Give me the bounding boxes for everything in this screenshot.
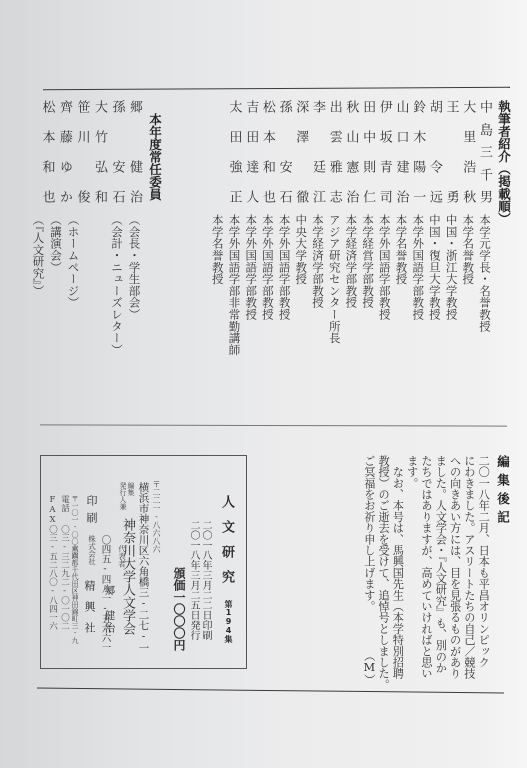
- committee-heading: 本年度常任委員: [148, 113, 161, 201]
- editorial-note-line: にわきました。アスリートたちの自己／競技: [464, 455, 475, 679]
- contributor-affiliation: 本学外国語学部教授: [245, 214, 257, 320]
- contributor-name-char: 安: [278, 160, 291, 173]
- contributor-name-char: 正: [228, 190, 241, 203]
- committee-name-char: 本: [41, 130, 54, 143]
- committee-name-char: 笹: [76, 100, 89, 113]
- contributor-name-char: 雲: [328, 130, 341, 143]
- contributor-name-char: 吉: [244, 100, 257, 113]
- contributor-name-char: 胡: [428, 100, 441, 113]
- contributor-name-char: 仁: [361, 190, 374, 203]
- contributor-name-char: 澤: [294, 130, 307, 143]
- editorial-note-line: への向きあい方には、目を見張るものがあり: [449, 455, 460, 679]
- contributor-name-char: 山: [344, 130, 357, 143]
- committee-name-char: 大: [93, 100, 106, 113]
- committee-role: （ホームページ）: [67, 214, 79, 308]
- committee-name-char: か: [58, 190, 71, 203]
- contributor-name-char: 達: [244, 160, 257, 173]
- contributor-affiliation: 本学外国語学部教授: [412, 214, 424, 320]
- contributor-affiliation: 中国・浙江大学教授: [445, 214, 457, 320]
- editorial-note-line: （M）: [364, 650, 375, 685]
- committee-name-char: 和: [93, 190, 106, 203]
- contributor-name-char: 深: [294, 100, 307, 113]
- publish-date: 二〇一八年三月二五日発行: [188, 520, 198, 640]
- publisher: 神奈川大学人文学会: [121, 518, 134, 635]
- committee-role: （『人文研究』）: [32, 214, 44, 297]
- editorial-note-line: 教授）のご逝去を受けて、追悼号としました。: [378, 455, 389, 690]
- contributor-name-char: 浩: [461, 160, 474, 173]
- contributor-affiliation: 本学名誉教授: [211, 214, 223, 285]
- contributor-affiliation: 本学外国語学部教授: [378, 214, 390, 320]
- editorial-note-line: なお、本号は、馬興国先生（本学特別招聘: [392, 455, 403, 679]
- contributor-name-char: 田: [228, 130, 241, 143]
- committee-name-char: 治: [128, 190, 141, 203]
- contributor-name-char: 人: [244, 190, 257, 203]
- committee-name-char: 弘: [93, 160, 106, 173]
- contributor-name-char: 一: [411, 190, 424, 203]
- contributor-affiliation: 本学経済学部教授: [345, 214, 357, 308]
- contributor-name-char: 志: [328, 190, 341, 203]
- contributor-name-char: 中: [361, 130, 374, 143]
- contributor-name-char: 則: [361, 160, 374, 173]
- contributor-name-char: 治: [344, 190, 357, 203]
- committee-name-char: 俊: [76, 190, 89, 203]
- printer: 精興社: [84, 580, 95, 643]
- contributor-name-char: 大: [461, 100, 474, 113]
- contributor-name-char: 令: [428, 160, 441, 173]
- contributor-name-char: 远: [428, 190, 441, 203]
- contributor-name-char: 徹: [294, 190, 307, 203]
- fax: 〇三-五二八〇-八四一六: [48, 525, 57, 630]
- colophon-title: 人文研究: [220, 495, 233, 595]
- representative-label: 代表者: [118, 545, 126, 568]
- committee-role: （会計・ニューズレター）: [111, 214, 123, 356]
- contributor-name-char: 勇: [445, 190, 458, 203]
- committee-name-char: 石: [111, 190, 124, 203]
- contributor-name-char: 青: [378, 160, 391, 173]
- contributor-name-char: 里: [461, 130, 474, 143]
- contributor-name-char: 秋: [461, 190, 474, 203]
- tel-label: 電話: [60, 495, 69, 512]
- contributor-affiliation: アジア研究センター所長: [328, 214, 340, 344]
- editorial-note-line: ご冥福をお祈り申し上げます。: [364, 455, 375, 612]
- contributors-heading: 執筆者紹介（掲載順）: [497, 100, 510, 225]
- contributor-affiliation: 本学外国語学部教授: [278, 214, 290, 320]
- contributor-name-char: 和: [261, 160, 274, 173]
- contributor-name-char: 江: [311, 190, 324, 203]
- editorial-note-heading: 編集後記: [496, 455, 509, 529]
- contributor-name-char: 也: [261, 190, 274, 203]
- contributor-name-char: 坂: [378, 130, 391, 143]
- tel: 〇三-三二九二-〇一〇二: [60, 525, 69, 630]
- contributor-name-char: 三: [478, 145, 491, 158]
- contributor-name-char: 本: [261, 130, 274, 143]
- contributor-name-char: 李: [311, 100, 324, 113]
- middle-rule: [40, 424, 507, 426]
- editorial-note-line: 二〇一八年二月、日本も平昌オリンピック: [478, 455, 489, 668]
- contributor-name-char: 秋: [344, 100, 357, 113]
- committee-name-char: 健: [128, 160, 141, 173]
- contributor-name-char: 田: [361, 100, 374, 113]
- address: 横浜市神奈川区六角橋三-二七-一: [138, 482, 149, 653]
- contributor-affiliation: 中国・復旦大学教授: [428, 214, 440, 320]
- contributor-affiliation: 本学名誉教授: [395, 214, 407, 285]
- contributor-affiliation: 本学元学長・名誉教授: [479, 214, 491, 332]
- postal-code: 〒二二一-八六八六: [152, 480, 160, 553]
- committee-name-char: 孫: [111, 100, 124, 113]
- committee-name-char: 和: [41, 160, 54, 173]
- contributor-name-char: 雅: [328, 160, 341, 173]
- contributor-name-char: 強: [228, 160, 241, 173]
- contributor-name-char: 廷: [311, 160, 324, 173]
- contributor-name-char: 太: [228, 100, 241, 113]
- committee-name-char: 川: [76, 130, 89, 143]
- committee-name-char: 安: [111, 160, 124, 173]
- contributor-name-char: 伊: [378, 100, 391, 113]
- contributor-name-char: 司: [378, 190, 391, 203]
- contributor-affiliation: 中央大学教授: [295, 214, 307, 285]
- publisher-label-1: 編集: [127, 482, 134, 496]
- contributor-name-char: 口: [395, 130, 408, 143]
- contributor-name-char: 木: [411, 130, 424, 143]
- printer-company-type: 株式会社: [88, 535, 96, 565]
- contributor-name-char: 中: [478, 100, 491, 113]
- committee-name-char: ゆ: [58, 160, 71, 173]
- contributor-name-char: 建: [395, 160, 408, 173]
- editorial-note-line: ました。人文学会・『人文研究』も、別のか: [435, 455, 446, 673]
- committee-name-char: 藤: [58, 130, 71, 143]
- contributor-name-char: 出: [328, 100, 341, 113]
- contributor-name-char: 山: [395, 100, 408, 113]
- contributor-name-char: 孫: [278, 100, 291, 113]
- fax-label: FAX: [48, 495, 57, 525]
- price: 頒価一〇〇〇円: [173, 567, 185, 651]
- contributor-name-char: 千: [478, 168, 491, 181]
- contributor-name-char: 陽: [411, 160, 424, 173]
- contributor-affiliation: 本学外国語学部非常勤講師: [228, 214, 240, 356]
- contributor-affiliation: 本学経営学部教授: [362, 214, 374, 308]
- committee-name-char: 竹: [93, 130, 106, 143]
- contributor-name-char: 石: [278, 190, 291, 203]
- phone: 〇四五-四八一-五六六一: [100, 535, 110, 652]
- contributor-name-char: 治: [395, 190, 408, 203]
- contributor-affiliation: 本学経済学部教授: [312, 214, 324, 308]
- editorial-note-line: ます。: [407, 455, 418, 489]
- print-date: 二〇一八年三月二二日印刷: [200, 520, 210, 640]
- committee-name-char: 也: [41, 190, 54, 203]
- contributor-name-char: 王: [445, 100, 458, 113]
- contributor-name-char: 島: [478, 123, 491, 136]
- colophon-issue: 第194集: [224, 600, 232, 643]
- committee-name-char: 松: [41, 100, 54, 113]
- bottom-rule: [37, 688, 504, 694]
- committee-role: （会長・学生部会）: [128, 214, 140, 320]
- editorial-note-line: たちではありますが、高めていければと思い: [421, 455, 432, 679]
- contributor-name-char: 憲: [344, 160, 357, 173]
- contributor-name-char: 鈴: [411, 100, 424, 113]
- committee-name-char: 齊: [58, 100, 71, 113]
- committee-name-char: 郷: [128, 100, 141, 113]
- contributor-affiliation: 本学名誉教授: [462, 214, 474, 285]
- contributor-name-char: 男: [478, 190, 491, 203]
- printer-address: 東京都千代田区神田錦町三-九: [71, 545, 78, 644]
- committee-role: （講演会）: [50, 214, 62, 273]
- contributor-affiliation: 本学外国語学部教授: [261, 214, 273, 320]
- top-rule: [43, 87, 510, 90]
- contributor-name-char: 松: [261, 100, 274, 113]
- contributor-name-char: 田: [244, 130, 257, 143]
- publisher-label-2: 発行人兼: [119, 482, 126, 510]
- printer-label: 印刷: [86, 495, 97, 529]
